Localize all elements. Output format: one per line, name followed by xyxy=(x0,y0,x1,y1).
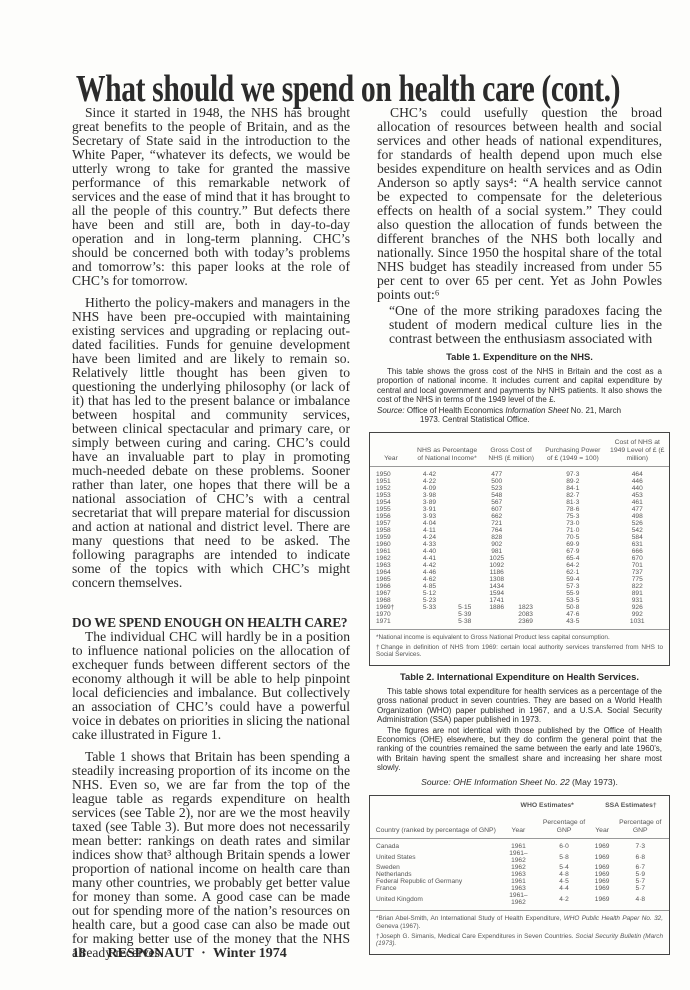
table-row: 19705·39208347·6992 xyxy=(370,611,669,618)
page-number: 18 xyxy=(72,946,86,961)
table-row: 19543·8956781·3461 xyxy=(370,499,669,506)
right-column: CHC’s could usefully question the broad … xyxy=(377,106,662,955)
table-row: Sweden19625·419696·7 xyxy=(370,864,669,871)
publication-name: RESPONAUT xyxy=(108,946,194,961)
table1-source: Source: Office of Health Economics Infor… xyxy=(377,406,662,425)
col-header: Percentage of GNP xyxy=(611,813,669,839)
table-row: 19644·46118662·1737 xyxy=(370,569,669,576)
table-row: 19514·2250089·2446 xyxy=(370,478,669,485)
table1-description: This table shows the gross cost of the N… xyxy=(377,367,662,405)
table2-block: Table 2. International Expenditure on He… xyxy=(377,670,662,955)
col-header: Cost of NHS at 1949 Level of £ (£ millio… xyxy=(606,433,669,466)
table-row: 19553·9160778·6477 xyxy=(370,506,669,513)
col-header: Purchasing Power of £ (1949 = 100) xyxy=(540,433,605,466)
table-row: 19685·23174153·5931 xyxy=(370,597,669,604)
table-row: 19675·12159455·9891 xyxy=(370,590,669,597)
table-row: 19715·38236943·51031 xyxy=(370,618,669,629)
table-row: 19504·4247797·3464 xyxy=(370,467,669,479)
intro-paragraph: Since it started in 1948, the NHS has br… xyxy=(72,106,350,288)
table-row: 19584·1176471·0542 xyxy=(370,527,669,534)
section-heading: DO WE SPEND ENOUGH ON HEALTH CARE? xyxy=(72,616,350,630)
table2: WHO Estimates* SSA Estimates† Country (r… xyxy=(369,795,670,955)
col-header: Country (ranked by percentage of GNP) xyxy=(370,813,502,839)
col-header: Year xyxy=(502,813,536,839)
table2-description: This table shows total expenditure for h… xyxy=(377,687,662,725)
body-paragraph: CHC’s could usefully question the broad … xyxy=(377,106,662,302)
col-header: Year xyxy=(370,433,412,466)
table2-source: Source: OHE Information Sheet No. 22 (Ma… xyxy=(377,775,662,789)
table2-description: The figures are not identical with those… xyxy=(377,726,662,773)
table1: Year NHS as Percentage of National Incom… xyxy=(369,432,670,666)
table-row: United Kingdom1961–19624·219694·8 xyxy=(370,892,669,910)
left-column: Since it started in 1948, the NHS has br… xyxy=(72,106,350,968)
body-paragraph: Hitherto the policy-makers and managers … xyxy=(72,296,350,590)
col-header: Gross Cost of NHS (£ million) xyxy=(482,433,540,466)
table-row: Federal Republic of Germany19614·519695·… xyxy=(370,878,669,885)
table2-title: Table 2. International Expenditure on He… xyxy=(377,670,662,684)
table-row: 19614·4098167·9666 xyxy=(370,548,669,555)
group-header: WHO Estimates* xyxy=(502,796,593,814)
col-header: Year xyxy=(593,813,612,839)
table-row: United States1961–19625·819696·8 xyxy=(370,850,669,864)
table1-block: Table 1. Expenditure on the NHS. This ta… xyxy=(377,350,662,666)
table-row: 19634·42109264·2701 xyxy=(370,562,669,569)
table-row: France19634·419695·7 xyxy=(370,885,669,892)
table-row: 19563·9366275·3498 xyxy=(370,513,669,520)
table1-title: Table 1. Expenditure on the NHS. xyxy=(377,350,662,364)
col-header: Percentage of GNP xyxy=(535,813,593,839)
body-paragraph: Table 1 shows that Britain has been spen… xyxy=(72,750,350,960)
table-row: 19654·62130859·4775 xyxy=(370,576,669,583)
table-row: 19594·2482870·5584 xyxy=(370,534,669,541)
issue-date: Winter 1974 xyxy=(213,946,287,961)
table-row: Canada19616·019697·3 xyxy=(370,839,669,851)
group-header: SSA Estimates† xyxy=(593,796,669,814)
table2-notes: *Brian Abel-Smith, An International Stud… xyxy=(370,910,669,953)
block-quote: “One of the more striking paradoxes faci… xyxy=(389,304,662,346)
body-paragraph: The individual CHC will hardly be in a p… xyxy=(72,630,350,742)
col-header: NHS as Percentage of National Income* xyxy=(412,433,482,466)
table-row: 19524·0952384·1440 xyxy=(370,485,669,492)
table-row: 19624·41102565·4670 xyxy=(370,555,669,562)
table-row: 1969†5·335·151886182350·8926 xyxy=(370,604,669,611)
table1-notes: *National income is equivalent to Gross … xyxy=(370,629,669,665)
table-row: 19604·3390269·9631 xyxy=(370,541,669,548)
table-row: 19664·85143457·3822 xyxy=(370,583,669,590)
table-row: Netherlands19634·819695·9 xyxy=(370,871,669,878)
table-row: 19574·0472173·0526 xyxy=(370,520,669,527)
table-row: 19533·9854882·7453 xyxy=(370,492,669,499)
page-footer: 18 RESPONAUT · Winter 1974 xyxy=(72,946,287,962)
